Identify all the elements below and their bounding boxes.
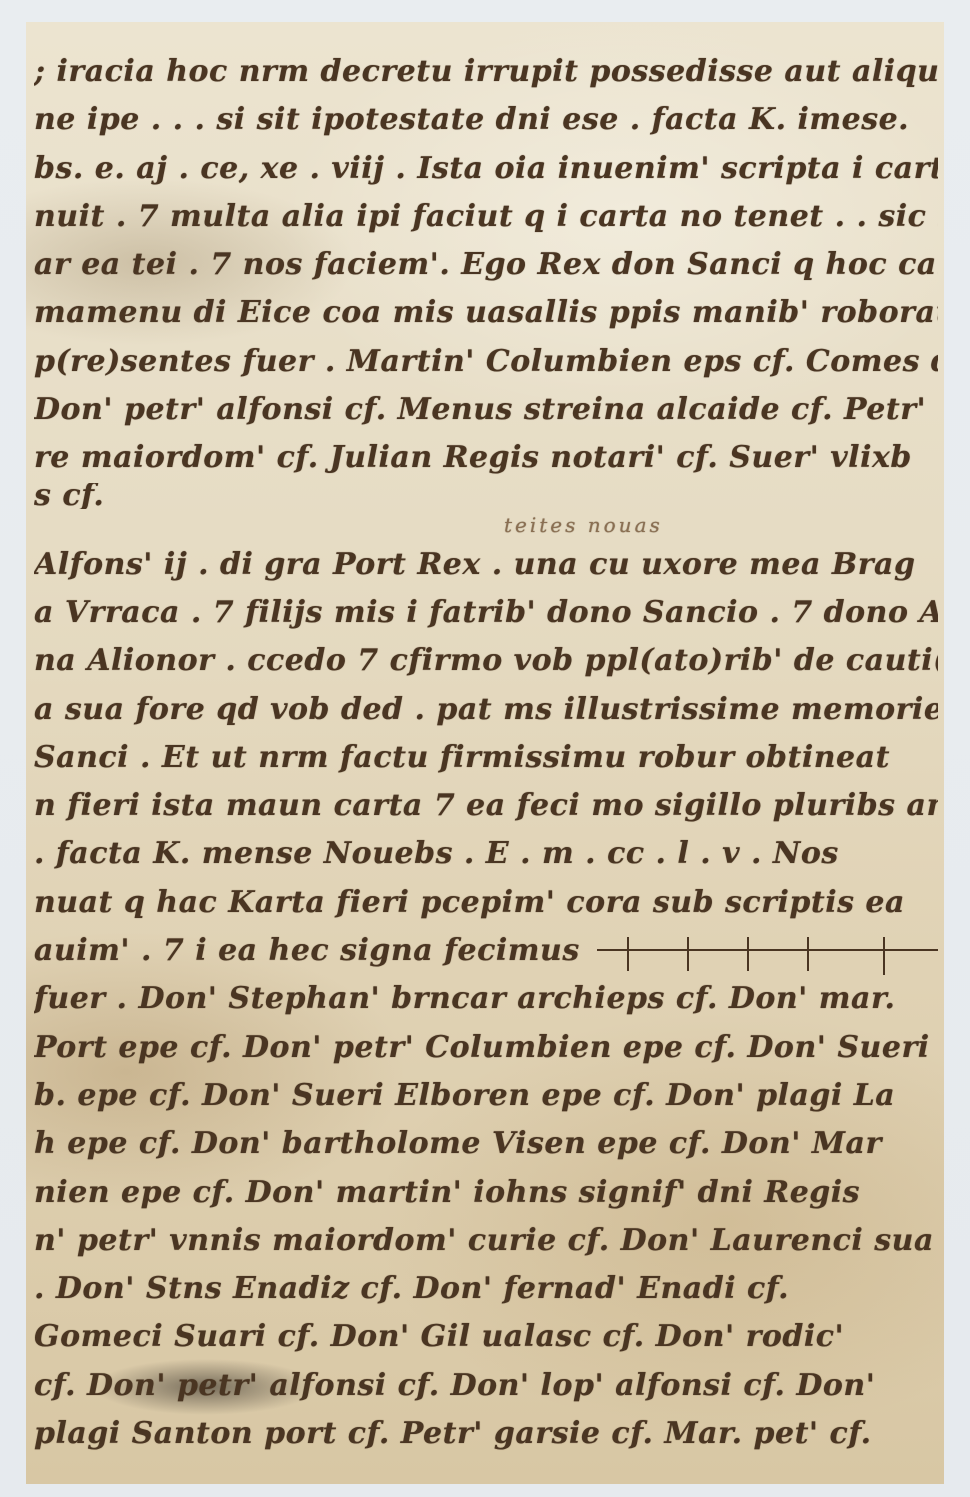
- text-line: b. epe cf. Don' Sueri Elboren epe cf. Do…: [34, 1072, 938, 1120]
- text-line: . Don' Stns Enadiz cf. Don' fernad' Enad…: [34, 1265, 938, 1313]
- cross-signs: [597, 937, 938, 967]
- text-line: ne ipe . . . si sit ipotestate dni ese .…: [34, 96, 938, 144]
- text-line: p(re)sentes fuer . Martin' Columbien eps…: [34, 338, 938, 386]
- cross-icon: [687, 937, 689, 971]
- text-line: nuat q hac Karta fieri pcepim' cora sub …: [34, 879, 938, 927]
- signature-rule: [597, 949, 938, 951]
- text-line: mamenu di Eice coa mis uasallis ppis man…: [34, 289, 938, 337]
- manuscript-text: ; iracia hoc nrm decretu irrupit possedi…: [34, 48, 938, 1458]
- rubric-heading: teites nouas: [34, 509, 938, 541]
- text-line-signs: auim' . 7 i ea hec signa fecimus: [34, 927, 938, 975]
- text-line: cf. Don' petr' alfonsi cf. Don' lop' alf…: [34, 1362, 938, 1410]
- cross-icon: [627, 937, 629, 971]
- cross-icon: [747, 937, 749, 971]
- manuscript-page: ; iracia hoc nrm decretu irrupit possedi…: [26, 22, 944, 1484]
- text-line: Port epe cf. Don' petr' Columbien epe cf…: [34, 1024, 938, 1072]
- photo-background: ; iracia hoc nrm decretu irrupit possedi…: [0, 0, 970, 1497]
- text-line: Sanci . Et ut nrm factu firmissimu robur…: [34, 734, 938, 782]
- text-line: h epe cf. Don' bartholome Visen epe cf. …: [34, 1120, 938, 1168]
- text-line: plagi Santon port cf. Petr' garsie cf. M…: [34, 1410, 938, 1458]
- text-line: re maiordom' cf. Julian Regis notari' cf…: [34, 434, 938, 482]
- cross-icon: [807, 937, 809, 971]
- text-line: Don' petr' alfonsi cf. Menus streina alc…: [34, 386, 938, 434]
- text-span: auim' . 7 i ea hec signa fecimus: [34, 933, 580, 968]
- text-line: fuer . Don' Stephan' brncar archieps cf.…: [34, 975, 938, 1023]
- text-line: a sua fore qd vob ded . pat ms illustris…: [34, 686, 938, 734]
- text-line: s cf.: [34, 483, 938, 509]
- text-line: . facta K. mense Nouebs . E . m . cc . l…: [34, 830, 938, 878]
- text-line: n fieri ista maun carta 7 ea feci mo sig…: [34, 782, 938, 830]
- text-line: ; iracia hoc nrm decretu irrupit possedi…: [34, 48, 938, 96]
- text-line: na Alionor . ccedo 7 cfirmo vob ppl(ato)…: [34, 637, 938, 685]
- text-line: n' petr' vnnis maiordom' curie cf. Don' …: [34, 1217, 938, 1265]
- text-line: a Vrraca . 7 filijs mis i fatrib' dono S…: [34, 589, 938, 637]
- cross-icon: [883, 937, 885, 975]
- text-line: nuit . 7 multa alia ipi faciut q i carta…: [34, 193, 938, 241]
- text-line: nien epe cf. Don' martin' iohns signif' …: [34, 1169, 938, 1217]
- text-line: bs. e. aj . ce, xe . viij . Ista oia inu…: [34, 145, 938, 193]
- text-line: Alfons' ij . di gra Port Rex . una cu ux…: [34, 541, 938, 589]
- text-line: ar ea tei . 7 nos faciem'. Ego Rex don S…: [34, 241, 938, 289]
- text-line: Gomeci Suari cf. Don' Gil ualasc cf. Don…: [34, 1313, 938, 1361]
